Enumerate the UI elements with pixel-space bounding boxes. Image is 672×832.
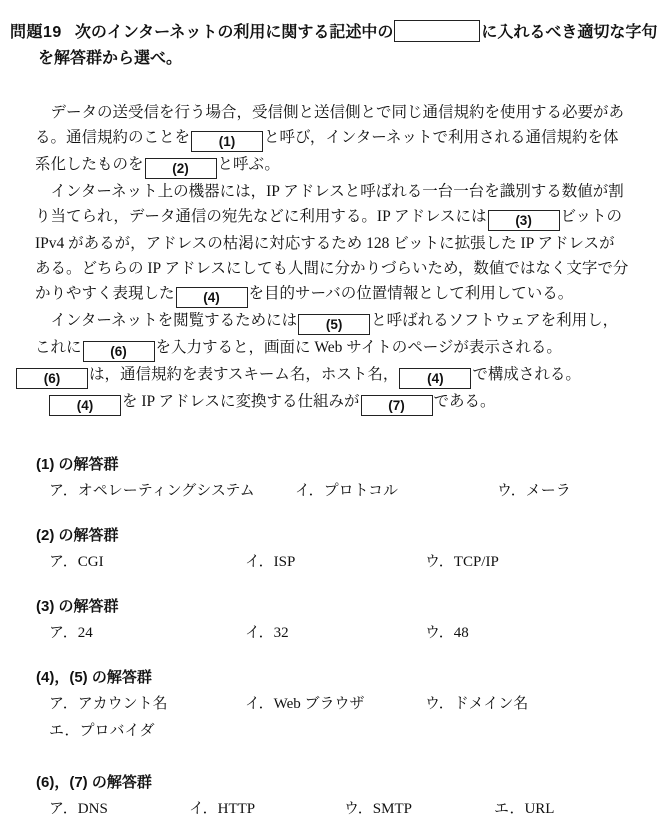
- body-line: る。通信規約のことを(1)と呼び，インターネットで利用される通信規約を体: [35, 125, 658, 152]
- question-number: 問題19: [10, 24, 62, 41]
- answer-group-4-options: ア．アカウント名イ．Web ブラウザウ．ドメイン名エ．プロバイダ: [36, 693, 658, 742]
- answer-blank-box: (1): [191, 131, 263, 152]
- answer-option: イ．32: [245, 622, 425, 644]
- answer-option: ア．24: [49, 622, 245, 644]
- body-line: インターネット上の機器には，IP アドレスと呼ばれる一台一台を識別する数値が割: [35, 179, 658, 204]
- answer-blank-box: (6): [83, 341, 155, 362]
- answer-blank-box: (3): [488, 210, 560, 231]
- answer-option: イ．HTTP: [189, 798, 344, 820]
- question-body: データの送受信を行う場合，受信側と送信側とで同じ通信規約を使用する必要がある。通…: [10, 100, 658, 416]
- body-line: ある。どちらの IP アドレスにしても人間に分かりづらいため，数値ではなく文字で…: [35, 256, 658, 281]
- question-title-text: 次のインターネットの利用に関する記述中のに入れるべき適切な字句: [75, 24, 658, 41]
- answer-option: ア．オペレーティングシステム: [49, 480, 295, 502]
- answer-group-2-heading: (2) の解答群: [36, 525, 658, 547]
- answer-blank-box: (5): [298, 314, 370, 335]
- answer-option: イ．Web ブラウザ: [245, 693, 425, 715]
- answer-option: ウ．メーラ: [497, 480, 571, 502]
- body-line: (6)は，通信規約を表すスキーム名，ホスト名，(4)で構成される。: [15, 362, 658, 389]
- answer-option: ア．DNS: [49, 798, 189, 820]
- empty-blank-box: [394, 20, 480, 42]
- answer-option: ア．CGI: [49, 551, 245, 573]
- body-line: 系化したものを(2)と呼ぶ。: [35, 152, 658, 179]
- answer-option: エ．URL: [494, 798, 554, 820]
- answer-group-2: (2) の解答群 ア．CGIイ．ISPウ．TCP/IP: [10, 525, 658, 573]
- answer-group-3-options: ア．24イ．32ウ．48: [36, 622, 658, 644]
- body-line: データの送受信を行う場合，受信側と送信側とで同じ通信規約を使用する必要があ: [35, 100, 658, 125]
- answer-group-1-options: ア．オペレーティングシステムイ．プロトコルウ．メーラ: [36, 480, 658, 502]
- answer-blank-box: (6): [16, 368, 88, 389]
- answer-group-1: (1) の解答群 ア．オペレーティングシステムイ．プロトコルウ．メーラ: [10, 454, 658, 502]
- answer-blank-box: (7): [361, 395, 433, 416]
- answer-group-1-heading: (1) の解答群: [36, 454, 658, 476]
- answer-option: ウ．SMTP: [344, 798, 494, 820]
- answer-option: エ．プロバイダ: [49, 720, 154, 742]
- answer-option: イ．ISP: [245, 551, 425, 573]
- answer-group-4-heading: (4)，(5) の解答群: [36, 667, 658, 689]
- answer-group-5: (6)，(7) の解答群 ア．DNSイ．HTTPウ．SMTPエ．URL: [10, 772, 658, 820]
- answer-option: ウ．48: [425, 622, 469, 644]
- exam-document-page: 問題19次のインターネットの利用に関する記述中のに入れるべき適切な字句 を解答群…: [0, 0, 672, 832]
- answer-option: イ．プロトコル: [295, 480, 497, 502]
- answer-blank-box: (2): [145, 158, 217, 179]
- answer-group-2-options: ア．CGIイ．ISPウ．TCP/IP: [36, 551, 658, 573]
- body-line: IPv4 があるが，アドレスの枯渇に対応するため 128 ビットに拡張した IP…: [35, 231, 658, 256]
- answer-group-5-heading: (6)，(7) の解答群: [36, 772, 658, 794]
- answer-group-4: (4)，(5) の解答群 ア．アカウント名イ．Web ブラウザウ．ドメイン名エ．…: [10, 667, 658, 742]
- answer-blank-box: (4): [176, 287, 248, 308]
- answer-group-5-options: ア．DNSイ．HTTPウ．SMTPエ．URL: [36, 798, 658, 820]
- body-line: り当てられ，データ通信の宛先などに利用する。IP アドレスには(3)ビットの: [35, 204, 658, 231]
- answer-option: ウ．ドメイン名: [425, 693, 625, 715]
- answer-blank-box: (4): [399, 368, 471, 389]
- question-title: 問題19次のインターネットの利用に関する記述中のに入れるべき適切な字句 を解答群…: [10, 20, 658, 72]
- question-title-line2: を解答群から選べ。: [38, 46, 658, 72]
- question-title-line1: 問題19次のインターネットの利用に関する記述中のに入れるべき適切な字句: [10, 20, 658, 46]
- answer-group-3-heading: (3) の解答群: [36, 596, 658, 618]
- body-line: これに(6)を入力すると，画面に Web サイトのページが表示される。: [35, 335, 658, 362]
- body-line: インターネットを閲覧するためには(5)と呼ばれるソフトウェアを利用し，: [35, 308, 658, 335]
- answer-group-3: (3) の解答群 ア．24イ．32ウ．48: [10, 596, 658, 644]
- answer-blank-box: (4): [49, 395, 121, 416]
- body-line: (4)を IP アドレスに変換する仕組みが(7)である。: [48, 389, 658, 416]
- answer-option: ア．アカウント名: [49, 693, 245, 715]
- answer-option: ウ．TCP/IP: [425, 551, 499, 573]
- body-line: かりやすく表現した(4)を目的サーバの位置情報として利用している。: [35, 281, 658, 308]
